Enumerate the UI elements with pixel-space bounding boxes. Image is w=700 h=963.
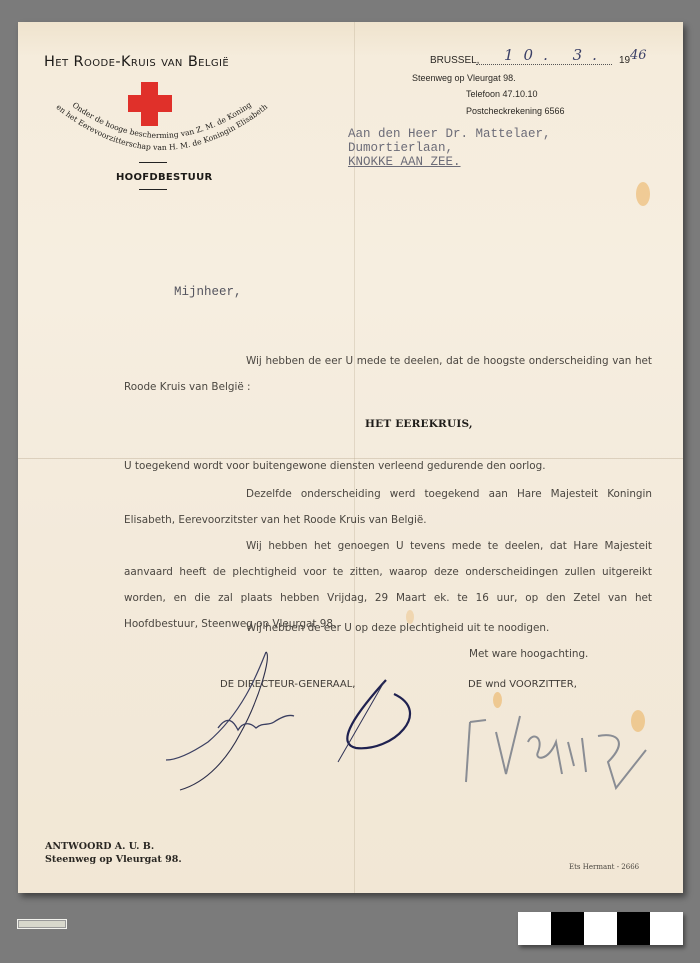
acting-chairman-title: DE wnd VOORZITTER, [468,679,577,690]
chairman-signature [458,702,658,792]
sender-address: Steenweg op Vleurgat 98. [412,73,516,83]
stain [636,182,650,206]
handwritten-date: 10. 3. [504,46,607,64]
director-signature [148,642,428,802]
city-label: BRUSSEL, [430,55,479,66]
department-label: HOOFDBESTUUR [116,172,213,183]
paragraph-1: Wij hebben de eer U mede te deelen, dat … [124,348,652,400]
handwritten-year: 46 [630,48,647,63]
closing: Met ware hoogachting. [469,648,588,660]
paragraph-5: Wij hebben de eer U op deze plechtigheid… [124,615,652,641]
scale-swatch-black [617,912,650,945]
reply-label: ANTWOORD A. U. B. [45,841,154,852]
printer-mark: Ets Hermant - 2666 [569,863,639,871]
telephone: Telefoon 47.10.10 [466,89,538,99]
patronage-arc-text: Onder de hooge bescherming van Z. M. de … [38,72,298,162]
scan-id-label [17,919,67,929]
scale-swatch-white [584,912,617,945]
organization-name: Het Roode-Kruis van België [44,54,229,70]
scale-swatch-white [650,912,683,945]
recipient-line-3: KNOKKE AAN ZEE. [348,155,461,169]
reply-address: Steenweg op Vleurgat 98. [45,854,182,865]
paragraph-3: Dezelfde onderscheiding werd toegekend a… [124,481,652,533]
divider [139,189,167,190]
year-printed: 19 [619,55,630,66]
award-title: HET EEREKRUIS, [365,418,473,430]
letter-page: Het Roode-Kruis van België Onder de hoog… [18,22,683,893]
color-scale-bar [518,912,683,945]
scale-swatch-black [551,912,584,945]
recipient-line-2: Dumortierlaan, [348,141,453,155]
postcheck-account: Postcheckrekening 6566 [466,106,565,116]
paragraph-2: U toegekend wordt voor buitengewone dien… [124,453,652,479]
recipient-city: KNOKKE AAN ZEE. [348,155,461,169]
scale-swatch-white [518,912,551,945]
salutation: Mijnheer, [174,285,242,299]
divider [139,162,167,163]
recipient-line-1: Aan den Heer Dr. Mattelaer, [348,127,551,141]
